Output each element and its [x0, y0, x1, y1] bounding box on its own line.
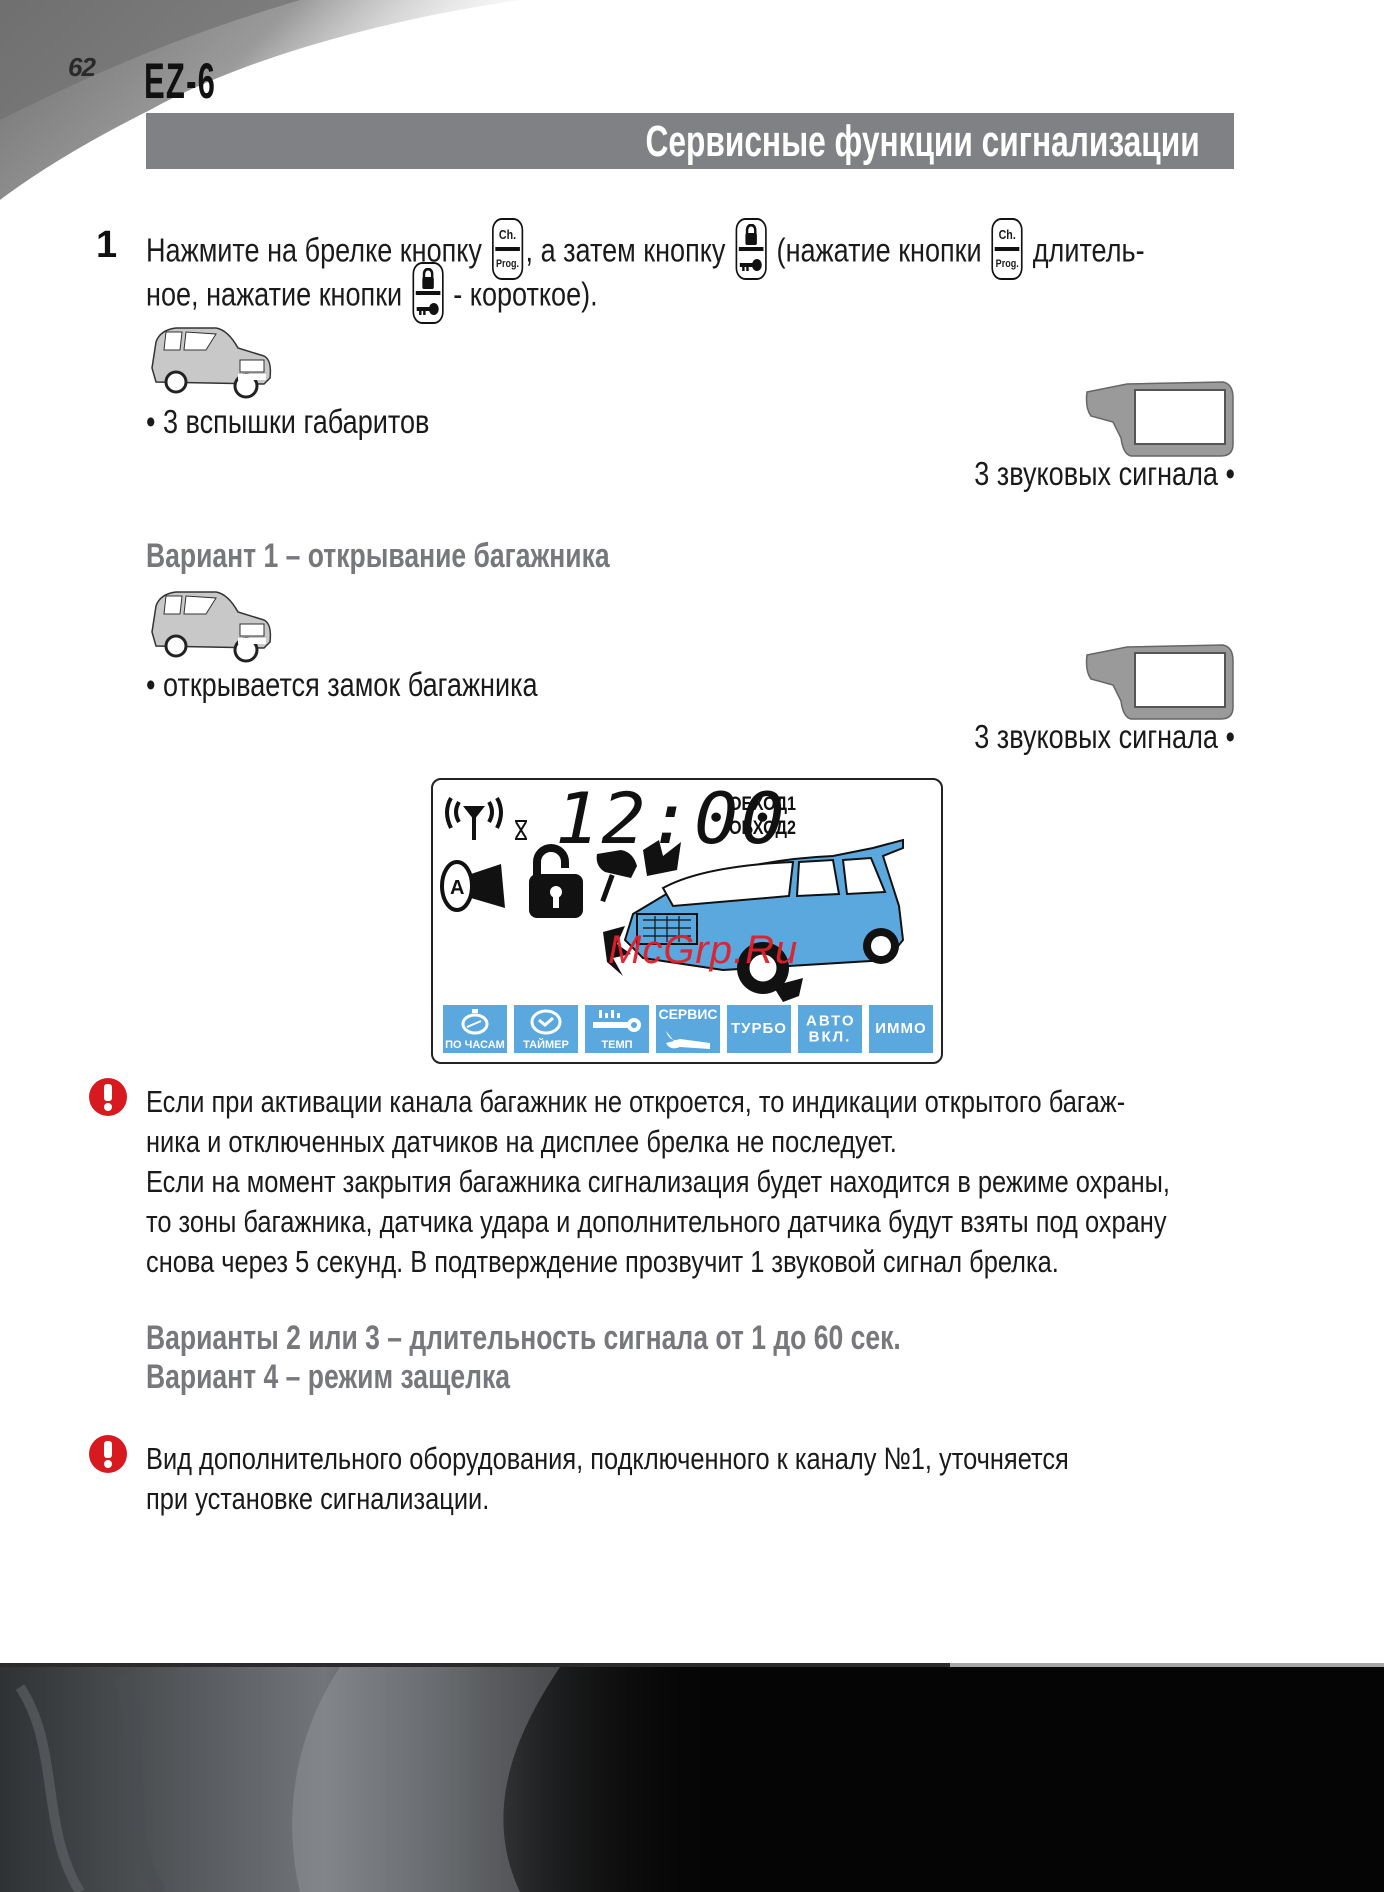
lock-icon	[420, 268, 435, 290]
lcd-tile-immo: ИММО	[869, 1005, 933, 1053]
car-icon	[146, 320, 276, 400]
page-number: 62	[68, 52, 95, 83]
lcd-tile-service: СЕРВИС	[656, 1005, 720, 1053]
lcd-tile-timer: ТАЙМЕР	[514, 1005, 578, 1053]
lcd-tile-auto-start: АВТО ВКЛ.	[798, 1005, 862, 1053]
key-fob-icon	[1083, 641, 1235, 723]
car-icon	[146, 584, 276, 664]
step-text: (нажатие кнопки	[777, 232, 982, 269]
step-text: , а затем кнопку	[526, 232, 726, 269]
lock-key-button-icon	[412, 262, 443, 324]
section-header-bar: Сервисные функции сигнализации	[146, 113, 1234, 169]
lock-open-icon	[525, 842, 587, 922]
warning-icon	[88, 1077, 128, 1117]
header-swoosh-decoration	[0, 0, 1384, 220]
lcd-tile-hourly: ПО ЧАСАМ	[443, 1005, 507, 1053]
model-title: EZ-6	[144, 56, 216, 106]
wrench-icon	[664, 1025, 712, 1051]
lcd-tile-temp: ТЕМП	[585, 1005, 649, 1053]
key-icon	[416, 302, 439, 316]
fob-action-text: 3 звуковых сигнала •	[917, 455, 1235, 493]
watermark: McGrp.Ru	[608, 928, 798, 973]
step-text: - короткое).	[453, 276, 597, 313]
section-title: Сервисные функции сигнализации	[646, 118, 1200, 166]
step-text: ное, нажатие кнопки	[146, 276, 402, 313]
variant-4-heading: Вариант 4 – режим защелка	[146, 1357, 510, 1397]
key-icon	[740, 258, 763, 272]
clock-icon	[529, 1008, 563, 1036]
variant1-heading: Вариант 1 – открывание багажника	[146, 536, 610, 576]
antenna-icon	[441, 792, 507, 842]
step-text: длитель-	[1033, 232, 1145, 269]
lock-icon	[744, 224, 759, 246]
lcd-bypass-1: ОБХОД1	[729, 794, 796, 816]
car-action-text: • открывается замок багажника	[146, 666, 624, 704]
fob-action-text: 3 звуковых сигнала •	[917, 718, 1235, 756]
ch-prog-button-icon: Ch. Prog.	[992, 218, 1023, 280]
siren-icon: A	[439, 852, 511, 918]
lock-key-button-icon	[735, 218, 766, 280]
thermometer-icon	[591, 1008, 643, 1036]
lcd-status-tiles: ПО ЧАСАМ ТАЙМЕР ТЕМП СЕРВИС ТУРБО АВТО В…	[443, 1005, 933, 1053]
key-fob-icon	[1083, 378, 1235, 460]
warning-icon	[88, 1434, 128, 1474]
variants-2-3-heading: Варианты 2 или 3 – длительность сигнала …	[146, 1318, 901, 1358]
footer-decoration	[0, 1663, 1384, 1892]
hourglass-icon	[513, 820, 529, 840]
stopwatch-icon	[459, 1009, 491, 1035]
car-trunk-open-icon	[603, 836, 933, 1006]
footer-texture-decoration	[0, 1667, 720, 1892]
svg-text:A: A	[450, 877, 464, 899]
car-action-text: • 3 вспышки габаритов	[146, 403, 492, 441]
lcd-display: 12:00 ОБХОД1 ОБХОД2 A McGrp.Ru ПО ЧАСАМ	[431, 778, 943, 1064]
step-number: 1	[96, 224, 117, 267]
lcd-tile-turbo: ТУРБО	[727, 1005, 791, 1053]
step-line-2: ное, нажатие кнопки - короткое).	[146, 266, 697, 328]
